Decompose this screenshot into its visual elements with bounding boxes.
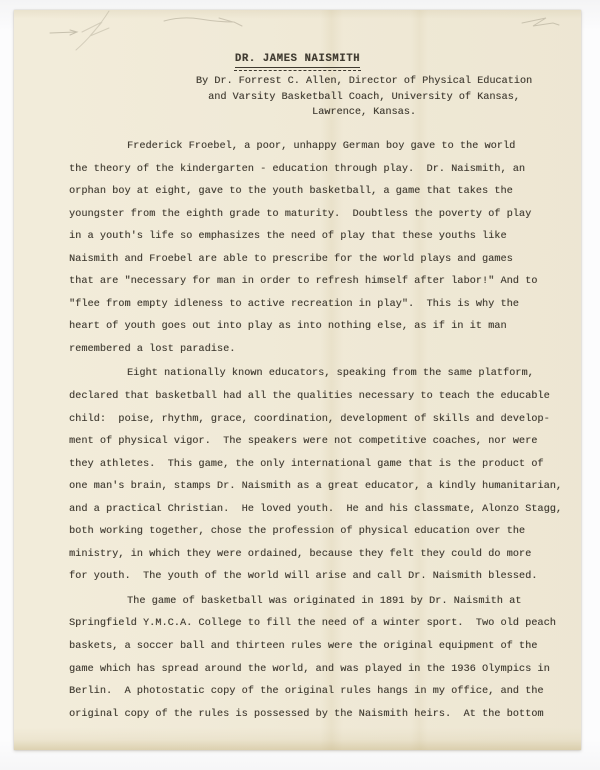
paragraph: Frederick Froebel, a poor, unhappy Germa… [69,136,571,361]
title-row: DR. JAMES NAISMITH [14,48,581,68]
byline-line: Lawrence, Kansas. [119,105,600,121]
text-line: child: poise, rhythm, grace, coordinatio… [69,409,571,432]
pencil-scribble-right [522,18,559,26]
text-line: Frederick Froebel, a poor, unhappy Germa… [69,136,571,159]
text-line: ministry, in which they were ordained, b… [69,544,571,567]
text-line: for youth. The youth of the world will a… [69,566,571,589]
pencil-arrow-mark [50,30,77,35]
document-body: Frederick Froebel, a poor, unhappy Germa… [69,136,571,726]
text-line: ment of physical vigor. The speakers wer… [69,431,571,454]
byline-line: By Dr. Forrest C. Allen, Director of Phy… [119,74,600,90]
text-line: one man's brain, stamps Dr. Naismith as … [69,476,571,499]
byline: By Dr. Forrest C. Allen, Director of Phy… [119,74,600,121]
byline-line: and Varsity Basketball Coach, University… [119,90,600,106]
text-line: Eight nationally known educators, speaki… [69,363,571,386]
text-line: original copy of the rules is possessed … [69,704,571,727]
text-line: orphan boy at eight, gave to the youth b… [69,181,571,204]
text-line: youngster from the eighth grade to matur… [69,204,571,227]
paragraph: The game of basketball was originated in… [69,591,571,726]
text-line: Berlin. A photostatic copy of the origin… [69,681,571,704]
text-line: game which has spread around the world, … [69,659,571,682]
paragraph: Eight nationally known educators, speaki… [69,363,571,588]
pencil-wavy-line [164,18,242,26]
scan-background: DR. JAMES NAISMITH By Dr. Forrest C. All… [0,0,600,770]
pencil-scribble-left [76,11,109,50]
text-line: heart of youth goes out into play as int… [69,316,571,339]
text-line: The game of basketball was originated in… [69,591,571,614]
document-page: DR. JAMES NAISMITH By Dr. Forrest C. All… [14,10,581,750]
text-line: Naismith and Froebel are able to prescri… [69,249,571,272]
text-line: in a youth's life so emphasizes the need… [69,226,571,249]
text-line: they athletes. This game, the only inter… [69,454,571,477]
text-line: declared that basketball had all the qua… [69,386,571,409]
text-line: the theory of the kindergarten - educati… [69,159,571,182]
text-line: remembered a lost paradise. [69,339,571,362]
page-title: DR. JAMES NAISMITH [235,53,360,68]
text-line: Springfield Y.M.C.A. College to fill the… [69,613,571,636]
text-line: and a practical Christian. He loved yout… [69,499,571,522]
text-line: that are "necessary for man in order to … [69,271,571,294]
text-line: baskets, a soccer ball and thirteen rule… [69,636,571,659]
text-line: "flee from empty idleness to active recr… [69,294,571,317]
text-line: both working together, chose the profess… [69,521,571,544]
